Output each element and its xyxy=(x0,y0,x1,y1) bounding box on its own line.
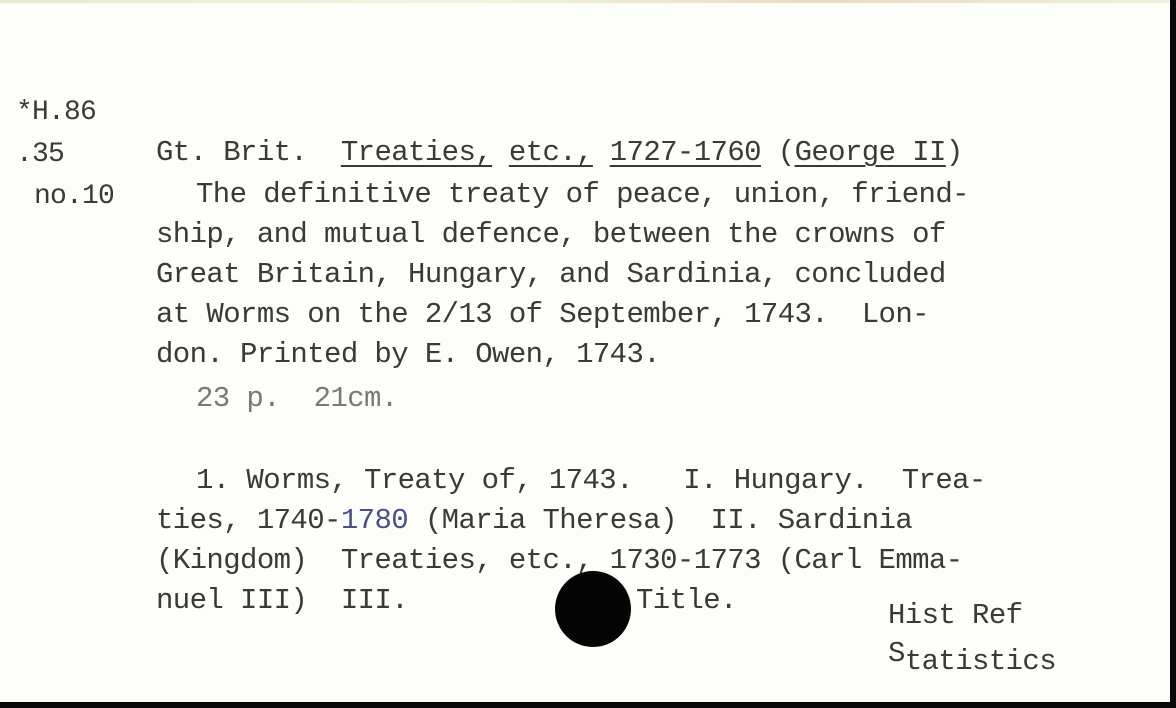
tracing-line-4a: nuel III) III. xyxy=(156,584,408,618)
tracing-line-3: (Kingdom) Treaties, etc., 1730-1773 (Car… xyxy=(156,544,963,578)
punch-hole xyxy=(555,571,631,647)
imprint-line: don. Printed by E. Owen, 1743. xyxy=(156,338,660,372)
date-overprint: 1780 xyxy=(341,504,408,537)
heading-line: Gt. Brit. Treaties, etc., 1727-1760 (Geo… xyxy=(156,136,963,170)
heading-uniform-title: Treaties, xyxy=(341,136,492,169)
heading-uniform-title-etc: etc., xyxy=(509,136,593,169)
tracing-line-2: ties, 1740-1780 (Maria Theresa) II. Sard… xyxy=(156,504,912,538)
call-number-line-3: no.10 xyxy=(34,180,114,214)
catalog-card: *H.86 .35 no.10 Gt. Brit. Treaties, etc.… xyxy=(0,0,1170,702)
collation: 23 p. 21cm. xyxy=(196,382,398,416)
title-line-1: The definitive treaty of peace, union, f… xyxy=(196,178,969,212)
title-line-2: ship, and mutual defence, between the cr… xyxy=(156,218,946,252)
heading-dates: 1727-1760 xyxy=(610,136,761,169)
heading-reign: George II xyxy=(795,136,946,169)
call-number-line-1: *H.86 xyxy=(16,96,96,130)
location-stamp-line-1: Hist Ref xyxy=(888,598,1022,634)
tracing-line-1: 1. Worms, Treaty of, 1743. I. Hungary. T… xyxy=(196,464,986,498)
tracing-line-4b: Title. xyxy=(636,584,737,618)
heading-author: Gt. Brit. xyxy=(156,136,307,169)
title-line-3: Great Britain, Hungary, and Sardinia, co… xyxy=(156,258,946,292)
location-stamp-line-2: Statistics xyxy=(888,644,1056,680)
call-number-line-2: .35 xyxy=(16,138,64,172)
title-line-4: at Worms on the 2/13 of September, 1743.… xyxy=(156,298,929,332)
